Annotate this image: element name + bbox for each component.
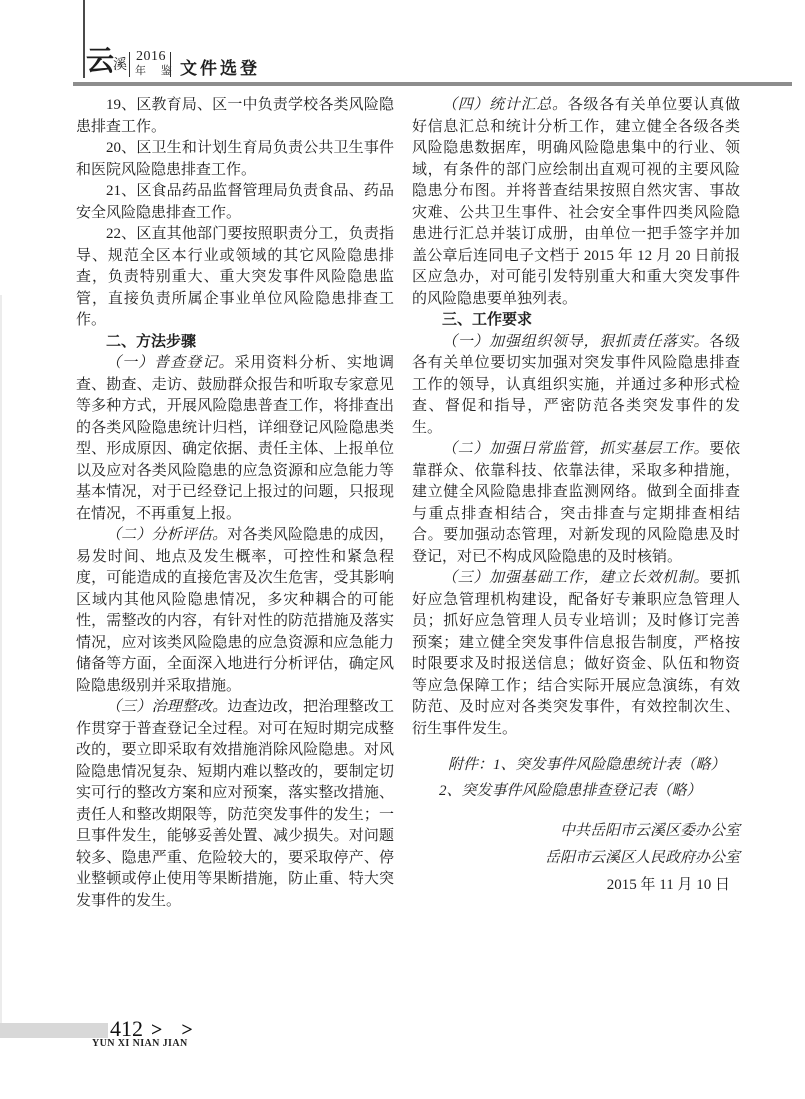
para-lead: （一）加强组织领导，狠抓责任落实。 — [442, 334, 709, 350]
left-column: 19、区教育局、区一中负责学校各类风险隐患排查工作。 20、区卫生和计划生育局负… — [76, 95, 394, 912]
para-body: 边查边改，把治理整改工作贯穿于普查登记全过程。对可在短时期完成整改的，要立即采取… — [76, 699, 394, 909]
signature-office-1: 中共岳阳市云溪区委办公室 — [412, 818, 740, 845]
para-lead: （二）分析评估。 — [106, 527, 227, 543]
para-census-registration: （一）普查登记。采用资料分析、实地调查、勘查、走访、鼓励群众报告和听取专家意见等… — [76, 353, 394, 525]
para-body: 要抓好应急管理机构建设，配备好专兼职应急管理人员；抓好应急管理人员专业培训；及时… — [412, 570, 740, 737]
para-leadership: （一）加强组织领导，狠抓责任落实。各级各有关单位要切实加强对突发事件风险隐患排查… — [412, 332, 740, 440]
para-body: 要依靠群众、依靠科技、依靠法律，采取多种措施，建立健全风险隐患排查监测网络。做到… — [412, 441, 740, 565]
section-heading-requirements: 三、工作要求 — [412, 310, 740, 332]
para-basic-work: （三）加强基础工作，建立长效机制。要抓好应急管理机构建设，配备好专兼职应急管理人… — [412, 568, 740, 740]
para-item-19: 19、区教育局、区一中负责学校各类风险隐患排查工作。 — [76, 95, 394, 138]
para-daily-supervision: （二）加强日常监管，抓实基层工作。要依靠群众、依靠科技、依靠法律，采取多种措施，… — [412, 439, 740, 568]
logo-main: 云 — [86, 47, 114, 77]
para-lead: （一）普查登记。 — [106, 355, 234, 371]
signature-block: 中共岳阳市云溪区委办公室 岳阳市云溪区人民政府办公室 2015 年 11 月 1… — [412, 818, 740, 899]
attachment-line-2: 2、突发事件风险隐患排查登记表（略） — [412, 778, 740, 804]
footer-pinyin: YUN XI NIAN JIAN — [92, 1038, 188, 1049]
attachment-block: 附件：1、突发事件风险隐患统计表（略） 2、突发事件风险隐患排查登记表（略） — [412, 752, 740, 804]
page: 云 溪 2016 年 鉴 文件选登 19、区教育局、区一中负责学校各类风险隐患排… — [0, 0, 805, 1099]
para-lead: （四）统计汇总。 — [442, 97, 568, 113]
logo-year: 2016 — [136, 50, 166, 64]
header-vertical-line — [83, 0, 85, 78]
page-section-title: 文件选登 — [180, 59, 260, 78]
footer-bar — [0, 1023, 108, 1038]
header-rule — [73, 82, 792, 86]
signature-office-2: 岳阳市云溪区人民政府办公室 — [412, 845, 740, 872]
logo-sub: 溪 — [113, 58, 127, 74]
para-analysis-evaluation: （二）分析评估。对各类风险隐患的成因，易发时间、地点及发生概率，可控性和紧急程度… — [76, 525, 394, 697]
right-column: （四）统计汇总。各级各有关单位要认真做好信息汇总和统计分析工作，建立健全各级各类… — [412, 95, 740, 899]
para-body: 各级各有关单位要认真做好信息汇总和统计分析工作，建立健全各级各类风险隐患数据库，… — [412, 97, 740, 307]
para-body: 对各类风险隐患的成因，易发时间、地点及发生概率，可控性和紧急程度，可能造成的直接… — [76, 527, 394, 694]
section-heading-methods: 二、方法步骤 — [76, 332, 394, 354]
para-lead: （二）加强日常监管，抓实基层工作。 — [442, 441, 709, 457]
para-statistics-summary: （四）统计汇总。各级各有关单位要认真做好信息汇总和统计分析工作，建立健全各级各类… — [412, 95, 740, 310]
para-rectification: （三）治理整改。边查边改，把治理整改工作贯穿于普查登记全过程。对可在短时期完成整… — [76, 697, 394, 912]
page-edge-shadow — [0, 295, 2, 1035]
logo-divider-1 — [129, 52, 130, 77]
para-lead: （三）加强基础工作，建立长效机制。 — [442, 570, 709, 586]
signature-date: 2015 年 11 月 10 日 — [412, 872, 740, 899]
para-item-21: 21、区食品药品监督管理局负责食品、药品安全风险隐患排查工作。 — [76, 181, 394, 224]
para-lead: （三）治理整改。 — [106, 699, 227, 715]
para-body: 采用资料分析、实地调查、勘查、走访、鼓励群众报告和听取专家意见等多种方式，开展风… — [76, 355, 394, 522]
para-item-20: 20、区卫生和计划生育局负责公共卫生事件和医院风险隐患排查工作。 — [76, 138, 394, 181]
para-item-22: 22、区直其他部门要按照职责分工，负责指导、规范全区本行业或领域的其它风险隐患排… — [76, 224, 394, 332]
logo-divider-2 — [170, 52, 171, 77]
logo-year-label: 年 鉴 — [135, 65, 178, 77]
attachment-line-1: 附件：1、突发事件风险隐患统计表（略） — [412, 752, 740, 778]
